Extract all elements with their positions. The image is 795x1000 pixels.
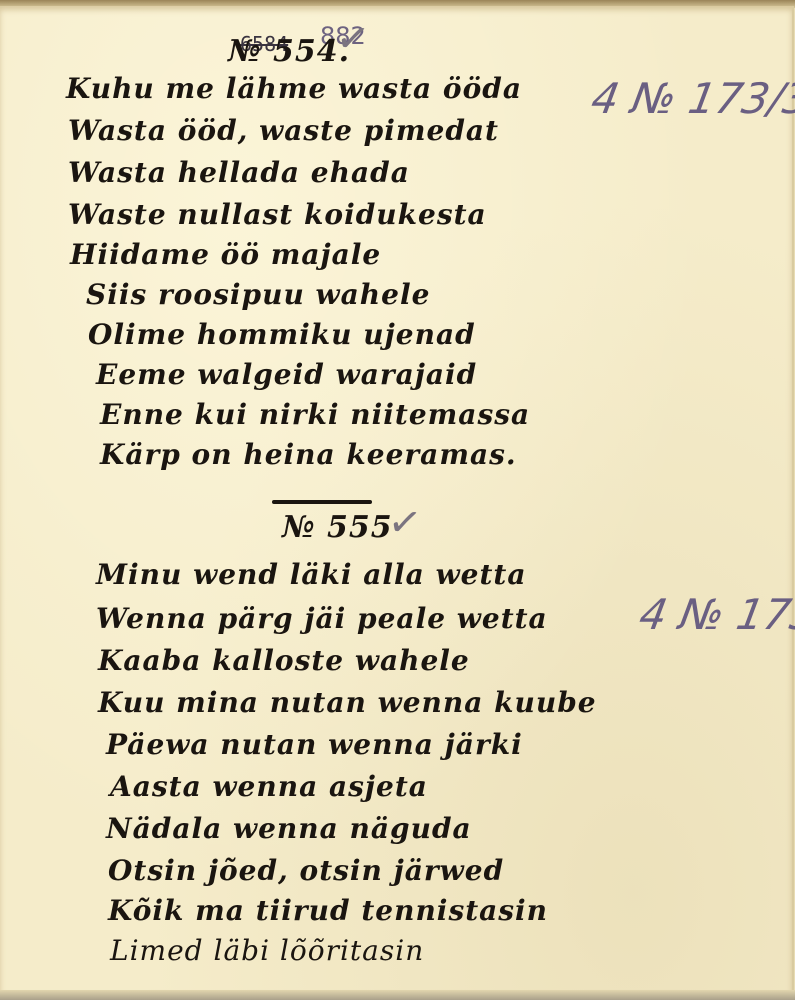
song-554-line-9: Enne kui nirki niitemassa	[100, 398, 530, 431]
song-555-line-2: Wenna pärg jäi peale wetta	[96, 602, 548, 635]
song-555-line-6: Aasta wenna asjeta	[110, 770, 428, 803]
song-554-line-10: Kärp on heina keeramas.	[100, 438, 517, 471]
reference-annotation-top: 4 № 173/3	[588, 74, 795, 123]
song-555-line-4: Kuu mina nutan wenna kuube	[98, 686, 597, 719]
song-number-554: № 554.	[228, 34, 350, 69]
song-554-line-8: Eeme walgeid warajaid	[96, 358, 477, 391]
song-554-line-6: Siis roosipuu wahele	[86, 278, 430, 311]
song-554-line-4: Waste nullast koidukesta	[68, 198, 487, 231]
song-555-line-3: Kaaba kalloste wahele	[98, 644, 470, 677]
song-555-line-1: Minu wend läki alla wetta	[96, 558, 527, 591]
section-divider	[272, 500, 372, 504]
song-555-line-9: Kõik ma tiirud tennistasin	[108, 894, 548, 927]
song-554-line-5: Hiidame öö majale	[70, 238, 381, 271]
page-bottom-edge	[0, 990, 795, 1000]
check-mark-icon: ✓	[333, 14, 373, 64]
check-mark-icon: ✓	[385, 498, 425, 548]
reference-annotation-bottom: 4 № 173/3	[636, 590, 795, 639]
song-555-line-10: Limed läbi lõõritasin	[110, 934, 424, 967]
song-554-line-2: Wasta ööd, waste pimedat	[68, 114, 499, 147]
song-555-line-5: Päewa nutan wenna järki	[106, 728, 523, 761]
song-555-line-8: Otsin jõed, otsin järwed	[108, 854, 504, 887]
manuscript-page: 6584 882 4 № 173/3 № 554. ✓ Kuhu me lähm…	[0, 6, 794, 994]
song-554-line-1: Kuhu me lähme wasta ööda	[66, 72, 522, 105]
song-number-555: № 555	[282, 510, 393, 545]
song-554-line-3: Wasta hellada ehada	[68, 156, 410, 189]
song-555-line-7: Nädala wenna näguda	[106, 812, 472, 845]
song-554-line-7: Olime hommiku ujenad	[88, 318, 476, 351]
